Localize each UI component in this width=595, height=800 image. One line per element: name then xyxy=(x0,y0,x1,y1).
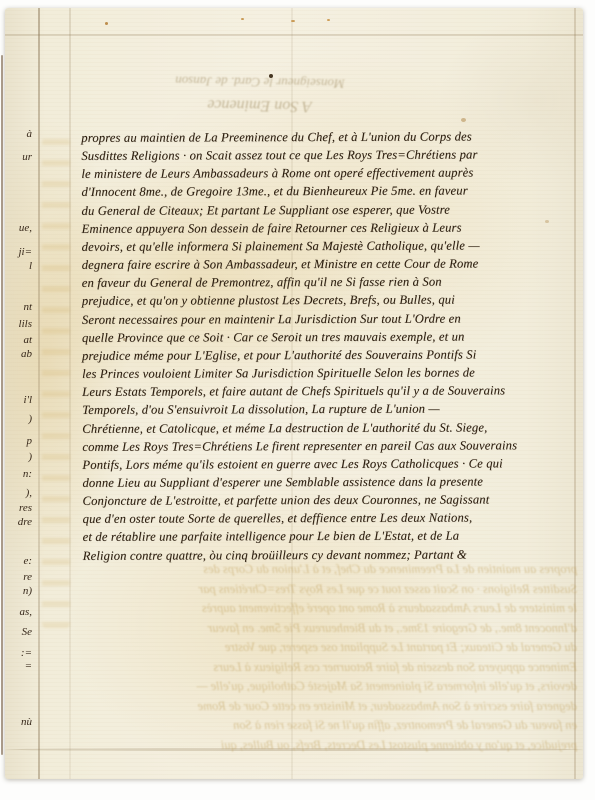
margin-fragment: à xyxy=(5,128,32,140)
showthrough-line: du General de Citeaux; Et partant Le Sup… xyxy=(77,638,577,658)
showthrough-line: devoirs, et qu'elle informera Si plainem… xyxy=(77,677,577,697)
foxing-spot xyxy=(123,338,126,341)
foxing-spot xyxy=(461,118,466,122)
page-edge-shadow xyxy=(1,55,3,755)
showthrough-line: Eminence appuyera Son dessein de faire R… xyxy=(77,658,577,678)
manuscript-line: Chrétienne, et Catolicque, et méme La de… xyxy=(82,418,574,438)
manuscript-line: que d'en oster toute Sorte de querelles,… xyxy=(83,508,575,528)
showthrough-line: d'Innocent 8me., de Gregoire 13me., et d… xyxy=(77,619,577,639)
manuscript-line: devoirs, et qu'elle informera Si plainem… xyxy=(82,236,574,256)
showthrough-line: le ministere de Leurs Ambassadeurs à Rom… xyxy=(77,599,577,619)
manuscript-line: Eminence appuyera Son dessein de faire R… xyxy=(82,218,574,238)
margin-fragment: at xyxy=(5,334,32,346)
manuscript-line: Seront necessaires pour en maintenir La … xyxy=(82,309,574,329)
margin-fragment: i'l xyxy=(5,394,32,406)
showthrough-line: degnera faire escrire à Son Ambassadeur,… xyxy=(77,697,577,717)
address-showthrough-line1: A Son Eminence xyxy=(144,90,374,120)
margin-fragment: p xyxy=(5,435,32,447)
margin-fragment: res xyxy=(5,502,32,514)
gutter-ink-showthrough xyxy=(42,138,70,628)
manuscript-line: les Princes vouloient Limiter Sa Jurisdi… xyxy=(82,363,574,383)
manuscript-line: quelle Province que ce Soit · Car ce Ser… xyxy=(82,327,574,347)
margin-fragment: ur xyxy=(5,151,32,163)
margin-fragment: ) xyxy=(5,413,32,425)
margin-fragment: ) xyxy=(5,451,32,463)
showthrough-line: propres au maintien de La Preeminence du… xyxy=(77,560,577,580)
manuscript-line: Temporels, d'ou S'ensuivroit La dissolut… xyxy=(82,399,574,419)
manuscript-line: le ministere de Leurs Ambassadeurs à Rom… xyxy=(81,163,573,183)
manuscript-line: donne Lieu au Suppliant d'esperer une Se… xyxy=(82,472,574,492)
manuscript-line: Conjoncture de L'estroitte, et parfette … xyxy=(83,490,575,510)
margin-fragment: dre xyxy=(5,516,32,528)
margin-fragment: ue, xyxy=(5,222,32,234)
margin-fragment: e: xyxy=(5,555,32,567)
showthrough-line: Susdittes Religions · on Scait assez tou… xyxy=(77,580,577,600)
manuscript-line: Pontifs, Lors méme qu'ils estoient en gu… xyxy=(82,454,574,474)
manuscript-text-block: propres au maintien de La Preeminence du… xyxy=(81,127,575,564)
margin-fragment: ab xyxy=(5,348,32,360)
fold-crease-top xyxy=(5,34,583,36)
margin-fragment: re xyxy=(5,571,32,583)
margin-fragment: n) xyxy=(5,585,32,597)
manuscript-line: comme Les Roys Tres=Chrétiens Le firent … xyxy=(82,436,574,456)
margin-fragment: nù xyxy=(5,716,32,728)
foxing-spot xyxy=(327,19,330,21)
showthrough-line: prejudice, et qu'on y obtienne plustost … xyxy=(77,736,577,756)
foxing-spot xyxy=(105,22,108,25)
paper-sheet: A Son Eminence Monseigneur le Card. de J… xyxy=(5,8,583,779)
margin-fragment: Se xyxy=(5,626,32,638)
manuscript-line: d'Innocent 8me., de Gregoire 13me., et d… xyxy=(81,182,573,202)
margin-fragment: = xyxy=(5,660,32,672)
foxing-spot xyxy=(291,20,295,22)
margin-fragment: nt xyxy=(5,301,32,313)
showthrough-body: propres au maintien de La Preeminence du… xyxy=(77,560,577,756)
margin-fragment: ), xyxy=(5,487,32,499)
ink-spot xyxy=(269,74,273,78)
address-showthrough: A Son Eminence Monseigneur le Card. de J… xyxy=(144,42,375,120)
manuscript-line: prejudice, et qu'on y obtienne plustost … xyxy=(82,291,574,311)
manuscript-line: propres au maintien de La Preeminence du… xyxy=(81,127,573,147)
margin-fragment: as, xyxy=(5,606,32,618)
manuscript-line: en faveur du General de Premontrez, affi… xyxy=(82,272,574,292)
foxing-spot xyxy=(545,220,549,223)
showthrough-line: en faveur du General de Premontrez, affi… xyxy=(77,716,577,736)
address-showthrough-line2: Monseigneur le Card. de Janson xyxy=(145,70,375,94)
manuscript-line: Susdittes Religions · on Scait assez tou… xyxy=(81,145,573,165)
margin-fragment: l xyxy=(5,260,32,272)
manuscript-line: du General de Citeaux; Et partant Le Sup… xyxy=(81,200,573,220)
manuscript-line: Leurs Estats Temporels, et faire autant … xyxy=(82,381,574,401)
manuscript-line: degnera faire escrire à Son Ambassadeur,… xyxy=(82,254,574,274)
manuscript-line: et de rétablire une parfaite intelligenc… xyxy=(83,527,575,547)
margin-fragment: := xyxy=(5,647,32,659)
margin-fragment: ji= xyxy=(5,246,32,258)
foxing-spot xyxy=(241,18,244,20)
scanned-manuscript-page: A Son Eminence Monseigneur le Card. de J… xyxy=(0,0,595,800)
left-margin-fragments: àurue,ji=lntlilsatabi'l)p)n:),resdree:re… xyxy=(5,8,35,779)
gutter-crease xyxy=(38,8,40,779)
margin-fragment: lils xyxy=(5,318,32,330)
manuscript-line: prejudice méme pour L'Eglise, et pour L'… xyxy=(82,345,574,365)
margin-fragment: n: xyxy=(5,468,32,480)
